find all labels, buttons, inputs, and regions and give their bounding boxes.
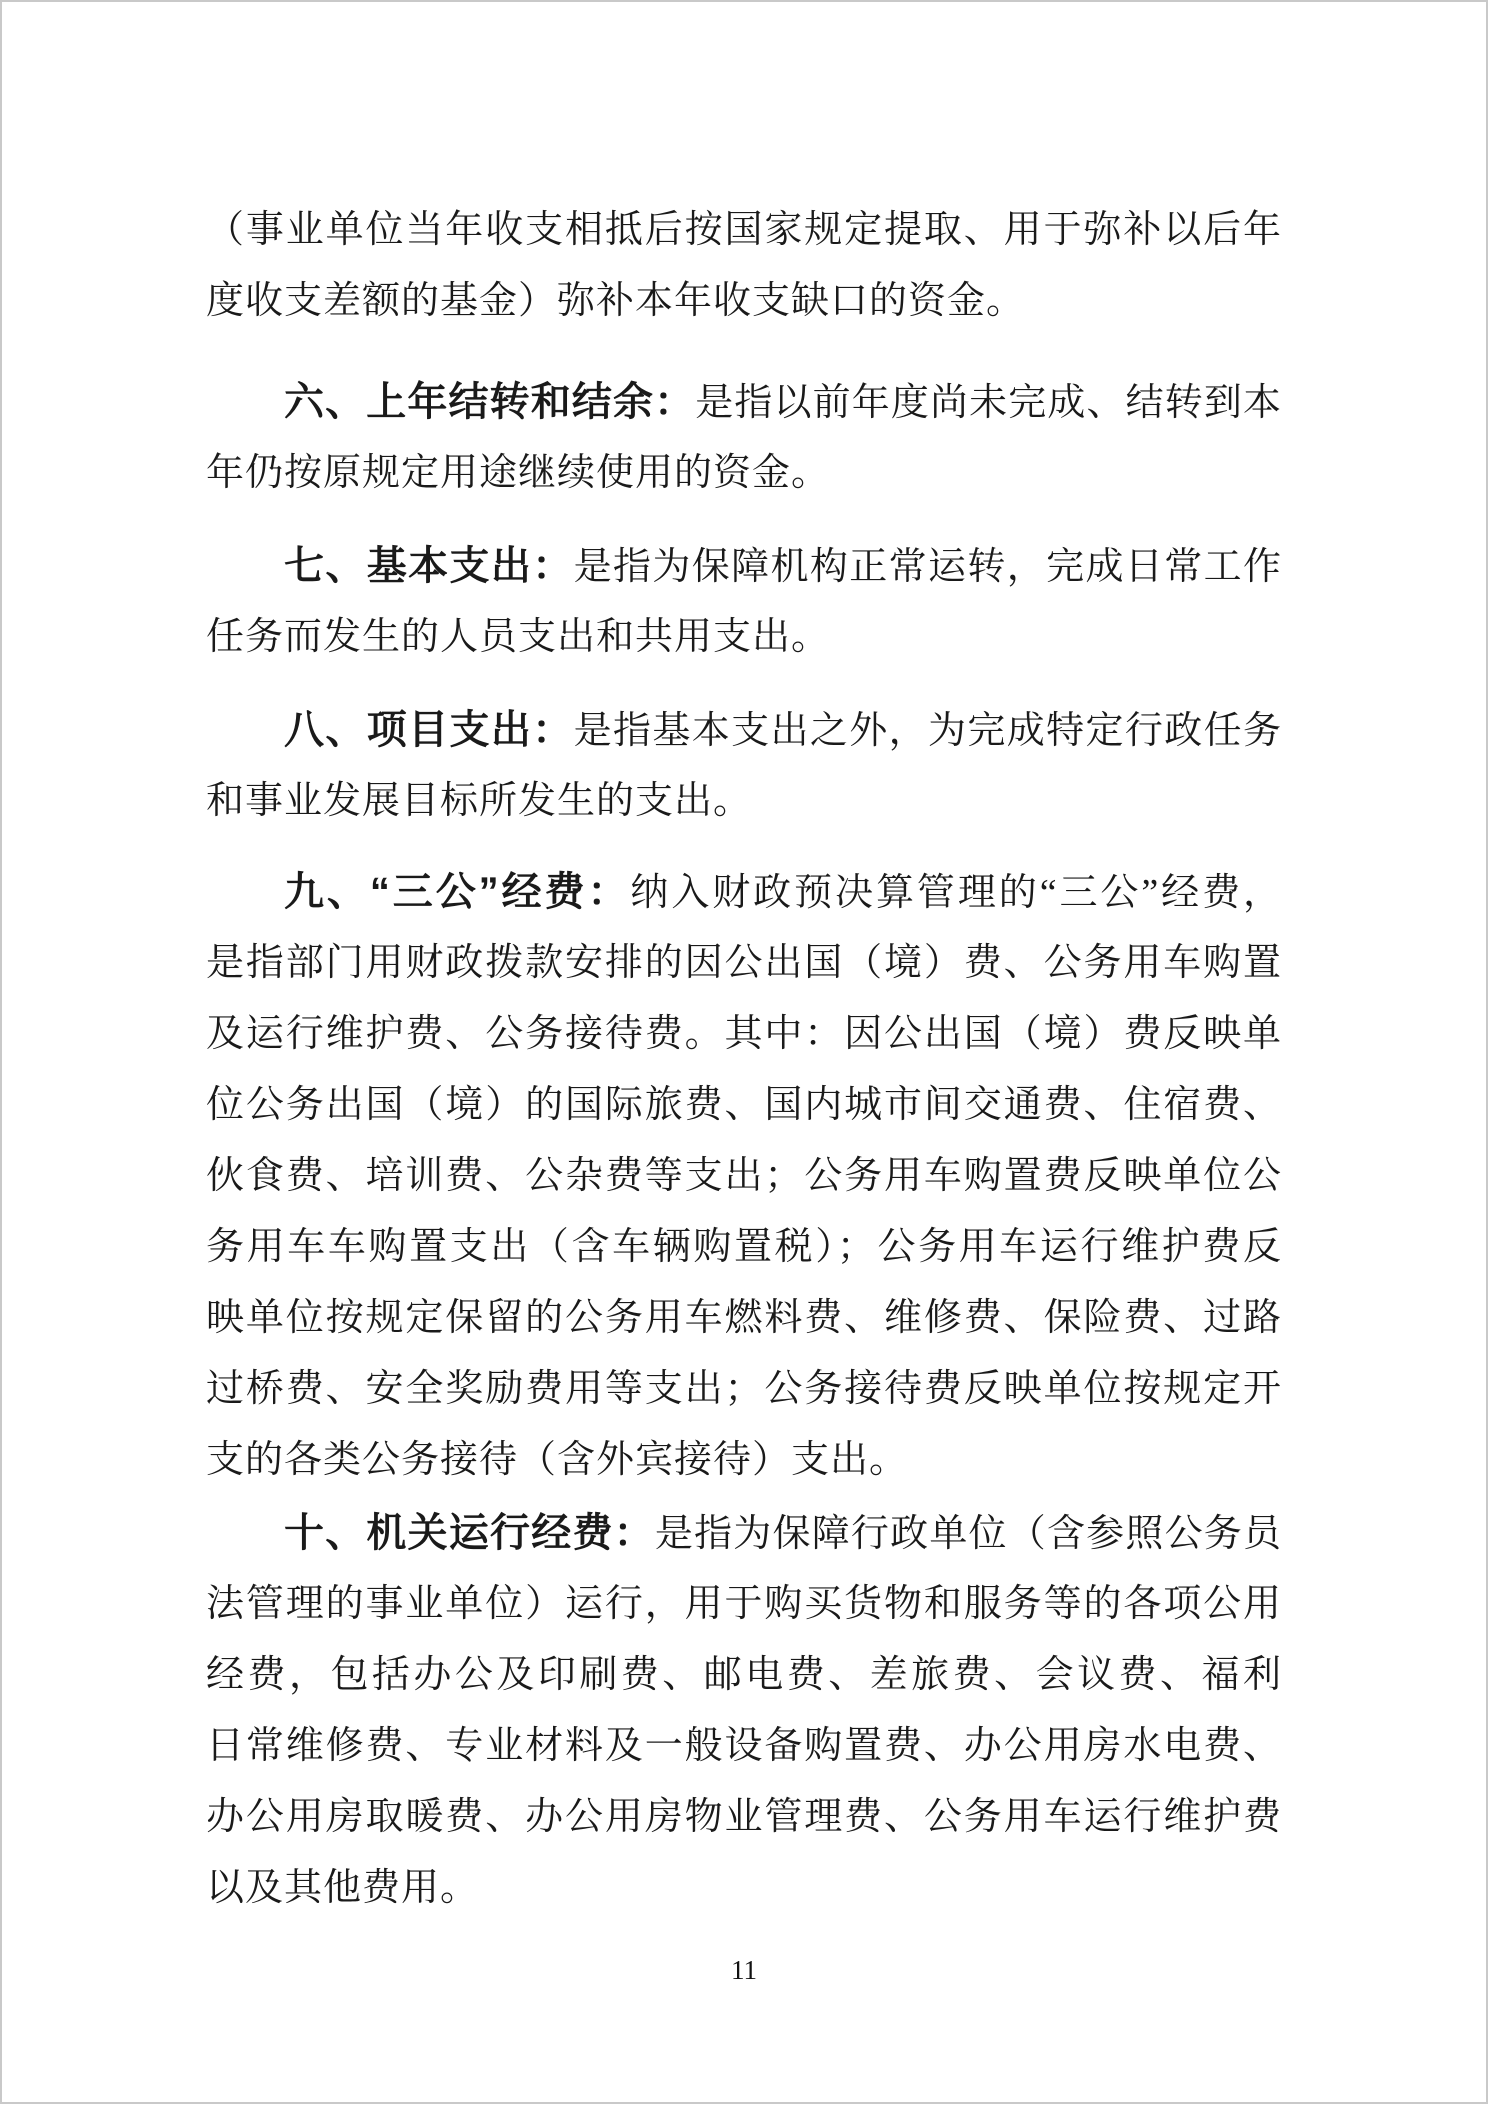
text-line: 七、基本支出：是指为保障机构正常运转，完成日常工作 bbox=[206, 531, 1282, 602]
text-line: 年仍按原规定用途继续使用的资金。 bbox=[206, 438, 1282, 509]
paragraph-section-10: 十、机关运行经费：是指为保障行政单位（含参照公务员 法管理的事业单位）运行，用于… bbox=[206, 1498, 1282, 1924]
document-body: （事业单位当年收支相抵后按国家规定提取、用于弥补以后年 度收支差额的基金）弥补本… bbox=[2, 2, 1486, 1924]
text-line: 办公用房取暖费、办公用房物业管理费、公务用车运行维护费 bbox=[206, 1782, 1282, 1853]
section-heading: 九、“三公”经费： bbox=[284, 870, 630, 914]
text-line: 位公务出国（境）的国际旅费、国内城市间交通费、住宿费、 bbox=[206, 1070, 1282, 1141]
page-number: 11 bbox=[2, 1950, 1486, 1990]
text-line: 十、机关运行经费：是指为保障行政单位（含参照公务员 bbox=[206, 1498, 1282, 1569]
section-heading: 六、上年结转和结余： bbox=[284, 380, 695, 424]
text-line: 以及其他费用。 bbox=[206, 1853, 1282, 1924]
section-text: 是指以前年度尚未完成、结转到本 bbox=[695, 382, 1282, 424]
section-text: 是指为保障行政单位（含参照公务员 bbox=[655, 1513, 1282, 1555]
paragraph-section-6: 六、上年结转和结余：是指以前年度尚未完成、结转到本 年仍按原规定用途继续使用的资… bbox=[206, 367, 1282, 509]
paragraph-section-8: 八、项目支出：是指基本支出之外，为完成特定行政任务 和事业发展目标所发生的支出。 bbox=[206, 695, 1282, 837]
text-line: 伙食费、培训费、公杂费等支出；公务用车购置费反映单位公 bbox=[206, 1141, 1282, 1212]
text-line: 法管理的事业单位）运行，用于购买货物和服务等的各项公用 bbox=[206, 1569, 1282, 1640]
text-line: 任务而发生的人员支出和共用支出。 bbox=[206, 602, 1282, 673]
text-line: 八、项目支出：是指基本支出之外，为完成特定行政任务 bbox=[206, 695, 1282, 766]
section-text: 是指基本支出之外，为完成特定行政任务 bbox=[574, 710, 1282, 752]
text-line: 过桥费、安全奖励费用等支出；公务接待费反映单位按规定开 bbox=[206, 1354, 1282, 1425]
text-line: 和事业发展目标所发生的支出。 bbox=[206, 766, 1282, 837]
section-heading: 七、基本支出： bbox=[284, 544, 574, 588]
section-heading: 十、机关运行经费： bbox=[284, 1511, 655, 1555]
document-page: （事业单位当年收支相抵后按国家规定提取、用于弥补以后年 度收支差额的基金）弥补本… bbox=[0, 0, 1488, 2104]
text-line: 映单位按规定保留的公务用车燃料费、维修费、保险费、过路 bbox=[206, 1283, 1282, 1354]
text-line: 务用车车购置支出（含车辆购置税）；公务用车运行维护费反 bbox=[206, 1212, 1282, 1283]
text-line: 九、“三公”经费：纳入财政预决算管理的“三公”经费， bbox=[206, 857, 1282, 928]
paragraph-section-7: 七、基本支出：是指为保障机构正常运转，完成日常工作 任务而发生的人员支出和共用支… bbox=[206, 531, 1282, 673]
text-line: 日常维修费、专业材料及一般设备购置费、办公用房水电费、 bbox=[206, 1711, 1282, 1782]
text-line: 及运行维护费、公务接待费。其中：因公出国（境）费反映单 bbox=[206, 999, 1282, 1070]
text-line: （事业单位当年收支相抵后按国家规定提取、用于弥补以后年 bbox=[206, 195, 1282, 266]
text-line: 六、上年结转和结余：是指以前年度尚未完成、结转到本 bbox=[206, 367, 1282, 438]
text-line: 是指部门用财政拨款安排的因公出国（境）费、公务用车购置 bbox=[206, 928, 1282, 999]
section-heading: 八、项目支出： bbox=[284, 708, 574, 752]
paragraph-section-9: 九、“三公”经费：纳入财政预决算管理的“三公”经费， 是指部门用财政拨款安排的因… bbox=[206, 857, 1282, 1496]
text-line: 度收支差额的基金）弥补本年收支缺口的资金。 bbox=[206, 266, 1282, 337]
text-line: 支的各类公务接待（含外宾接待）支出。 bbox=[206, 1425, 1282, 1496]
section-text: 是指为保障机构正常运转，完成日常工作 bbox=[574, 546, 1282, 588]
paragraph-continuation: （事业单位当年收支相抵后按国家规定提取、用于弥补以后年 度收支差额的基金）弥补本… bbox=[206, 195, 1282, 337]
section-text: 纳入财政预决算管理的“三公”经费， bbox=[630, 872, 1282, 914]
text-line: 经费，包括办公及印刷费、邮电费、差旅费、会议费、福利费、 bbox=[206, 1640, 1282, 1711]
